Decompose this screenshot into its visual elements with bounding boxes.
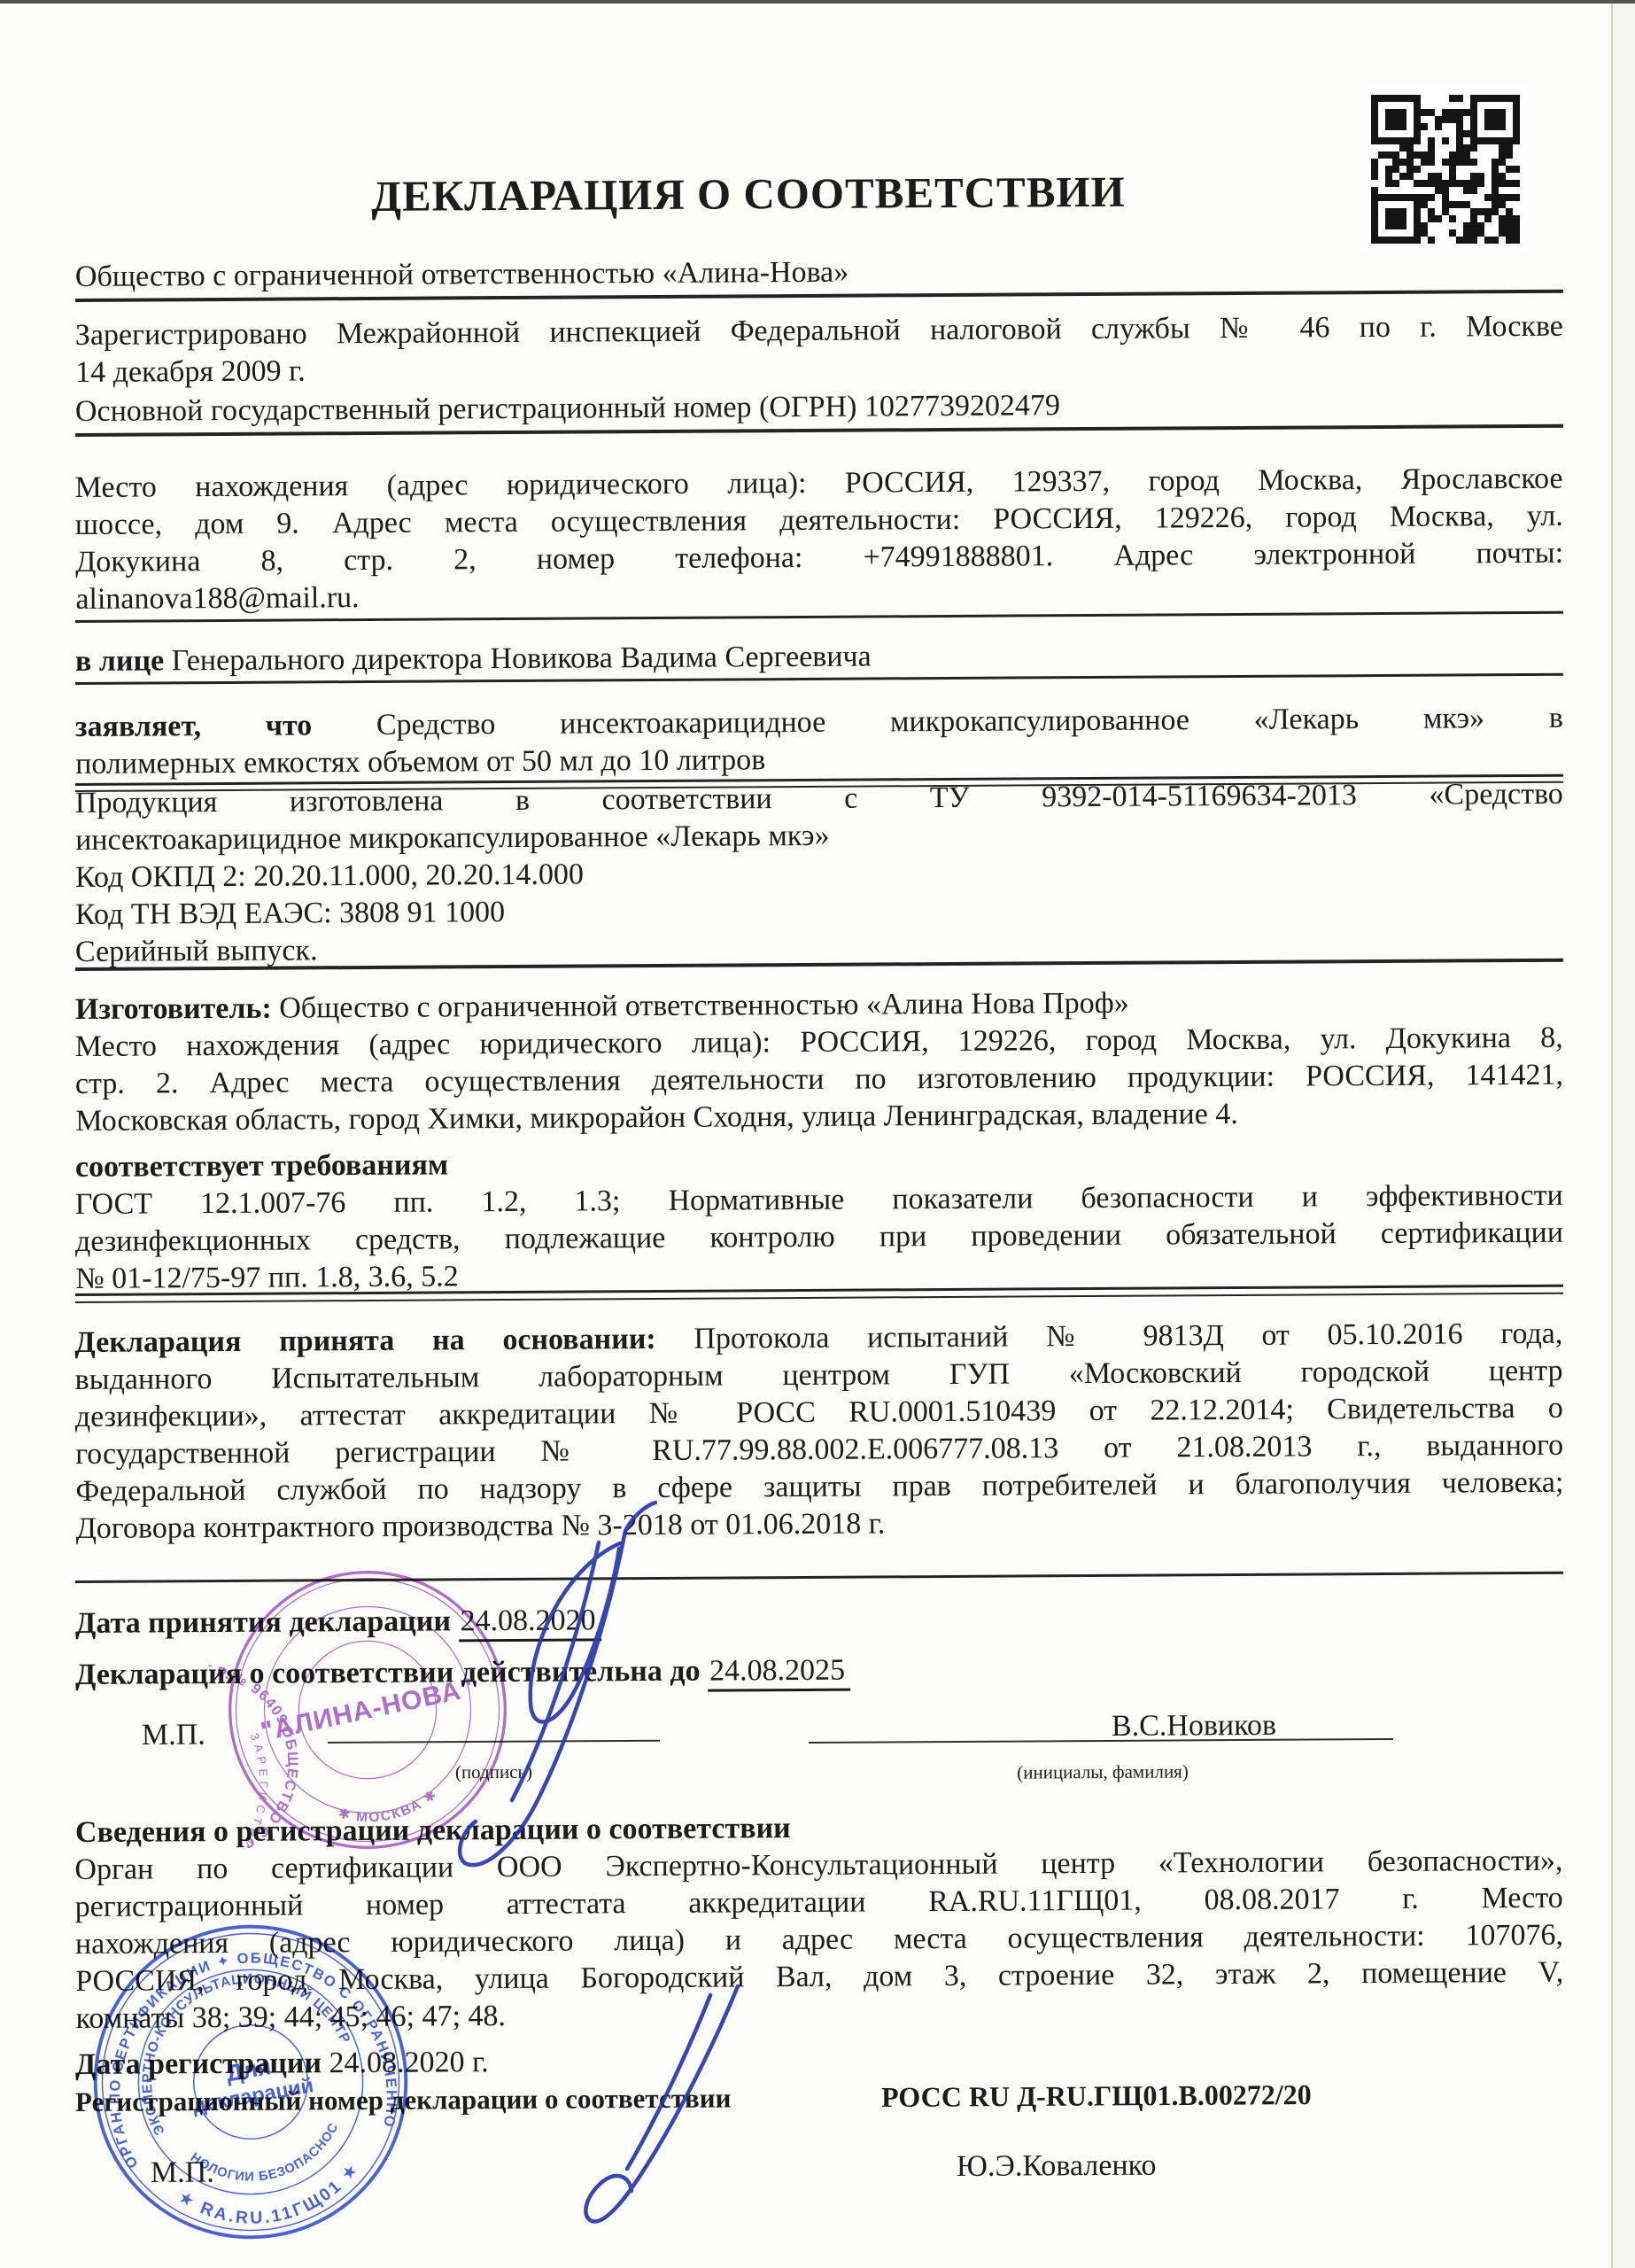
adoption-date-line: Дата принятия декларации 24.08.2020 [75, 1596, 1563, 1643]
declarant-ogrn: Основной государственный регистрационный… [75, 384, 1563, 431]
scan-top-edge [0, 0, 1635, 4]
registration-number-label: Регистрационный номер декларации о соотв… [75, 2079, 872, 2121]
basis-paragraph: Декларация принята на основании: Протоко… [74, 1316, 1564, 1548]
page-title: ДЕКЛАРАЦИЯ О СООТВЕТСТВИИ [75, 166, 1422, 223]
mp-mark: М.П. [142, 1716, 319, 1754]
scan-crease-line [1611, 0, 1613, 2268]
name-caption: (инициалы, фамилия) [965, 1760, 1240, 1783]
manufacturer-address: Место нахождения (адрес юридического лиц… [75, 1020, 1564, 1140]
registration-body: Орган по сертификации ООО Экспертно-Конс… [74, 1843, 1563, 2038]
declarant-registered: Зарегистрировано Межрайонной инспекцией … [75, 308, 1563, 392]
mp-mark-2: М.П. [151, 2154, 328, 2192]
registrar-name: Ю.Э.Коваленко [957, 2146, 1399, 2186]
validity-date-line: Декларация о соответствии действительна … [75, 1648, 1563, 1694]
registration-number-value: РОСС RU Д-RU.ГЩ01.В.00272/20 [881, 2075, 1413, 2116]
declarant-declares: заявляет, что Средство инсектоакарицидно… [75, 700, 1563, 783]
declarant-company: Общество с ограниченной ответственностью… [75, 250, 1563, 296]
product-info: Продукция изготовлена в соответствии с Т… [75, 776, 1563, 859]
rule [75, 1572, 1563, 1583]
declarant-address: Место нахождения (адрес юридического лиц… [74, 461, 1563, 618]
signature-line [328, 1740, 660, 1744]
document-page: { "title": "ДЕКЛАРАЦИЯ О СООТВЕТСТВИИ", … [0, 0, 1635, 2268]
signature-caption: (подпись) [399, 1760, 589, 1783]
scan-edge-strip [1613, 0, 1635, 2268]
compliance-text: ГОСТ 12.1.007-76 пп. 1.2, 1.3; Нормативн… [75, 1177, 1564, 1298]
declarant-in-face: в лице Генерального директора Новикова В… [75, 634, 1563, 680]
